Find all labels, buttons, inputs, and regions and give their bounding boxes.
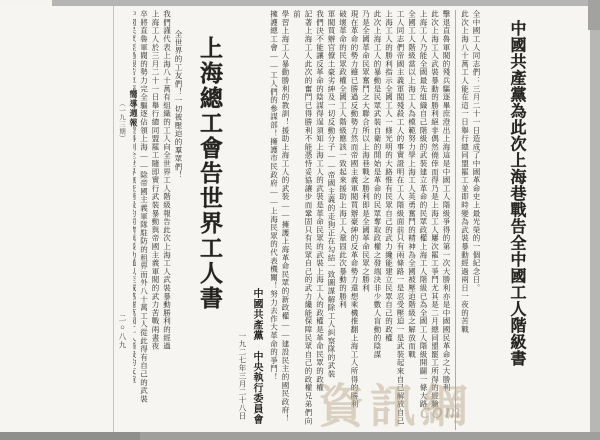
text-column: 全中國工人同志們：三月二十一日造成了中國革命史上最光榮的一個紀念日。 (471, 10, 483, 430)
text-column: 擊退直魯軍閥的殘兵驅逐畢庶澄出上海這是中國工人階級爭得的第一次大勝利亦是中國國民… (441, 10, 453, 430)
text-column: 此次上海工人武裝暴動的勝利絕非偶然僥倖而得乃是上海工人屢次罷工爭鬥尤其是二月總同… (429, 10, 441, 430)
text-column: 上海工人乃能全國最先組織自己階級的武裝建立革命的民眾政權上海工人階級已為全國工人… (418, 10, 430, 430)
text-column: 軍閥買辦官僚土豪劣紳及一切反動分子——帝國主義的走狗正在勾結一致圖謀解除工人糾察… (326, 10, 338, 430)
text-column: 擁護總工會——工人們的參謀部！擁護市民政府——上海民眾的代表機關！努力去作大革命… (268, 10, 280, 430)
text-column: 現在革命的勢力雖已勝過反動勢力然而帝國主義軍閥買辦豪紳的反革命勢力還想乘機推翻上… (349, 10, 361, 430)
scan-edge-bottom-dark (0, 432, 140, 440)
scan-crease-line (455, 10, 456, 430)
doc2-title: 上海總工會告世界工人書 (192, 10, 226, 430)
gutter-divider-line (113, 6, 114, 432)
text-column: 中國民眾經過艱苦卓絕的奮鬥深望得到全世界無產階級的同情與援助謹以至誠感謝萬國工人… (133, 10, 138, 430)
text-column: 工人同志們帝國主義軍閥殘殺工人的事實證明在工人階級面前只有兩條路一是忍受壓迫一是… (395, 10, 407, 430)
text-column: 此次上海工人的暴動是民眾武裝自衛的開始是革命的民眾奪取政權之發端決非少數人盲動的… (372, 10, 384, 430)
text-column: 記著上海工人此次的奮鬥已得勝利不能憑恃妥協讓步而鞏固只有民眾自己的武力纔能保障民… (291, 10, 314, 430)
text-column: 乃是全國革命民眾奮鬥之大聯合所以上海巷戰之勝利即是全國革命民眾之勝利 (360, 10, 372, 430)
doc1-signature: 中國共產黨 中央執行委員會 (248, 10, 264, 430)
scan-edge-right (590, 0, 600, 440)
text-column: 我們決不能讓反革命的陰謀得逞須知上海工人的武裝是革命民眾的武裝上海工人的政權是革… (314, 10, 326, 430)
text-column: 破壞革命的民眾政權全國工人階級應該一致起來援助上海工人鞏固此次暴動的勝利 (337, 10, 349, 430)
text-column: 此次上海八十萬工人能在這一日舉行總同盟罷工並即時變為武裝暴動經過兩日一夜的苦戰 (459, 10, 471, 430)
doc1-date: 一九二七年三月二十八日 (236, 10, 248, 430)
text-column: 卒將直魯軍閥的勢力完全驅逐佔領上海——除帝國主義軍隊駐防的租界而外八十萬工人從此… (138, 10, 150, 430)
text-column: 上海工人的勝利指示全國工人一條光明的大路惟有民眾自己的武力纔能建立民眾自己的政權 (383, 10, 395, 430)
scan-edge-top (52, 0, 600, 6)
text-column: 全國工人階級當以上海工人為模範努力學上海工人英勇奮鬥的精神為全國被壓迫階級之解放… (406, 10, 418, 430)
scan-edge-corner (588, 0, 600, 30)
page-number: 二○八九 (117, 314, 128, 350)
text-column: 學習上海工人暴動勝利的教訓！援助上海工人的武裝——擁護上海革命民眾的新政權——建… (280, 10, 292, 430)
text-column: 上海工人於三月二十一日舉行總同盟罷工隨即實行武裝暴動與帝國主義軍閥的武力苦戰兩晝… (150, 10, 162, 430)
journal-issue: （一九三期） (116, 100, 127, 142)
text-column: 全世界的工友們！一切被壓迫的羣眾們！ (173, 10, 185, 430)
document-body: 中國共產黨為此次上海巷戰告全中國工人階級書 全中國工人同志們：三月二十一日造成了… (133, 10, 587, 430)
doc1-title: 中國共產黨為此次上海巷戰告全中國工人階級書 (495, 10, 537, 430)
text-column: 我們謹代表上海八十萬有組織的工人向全世界工人階級報告此次上海工人武裝暴動勝利的經… (161, 10, 173, 430)
